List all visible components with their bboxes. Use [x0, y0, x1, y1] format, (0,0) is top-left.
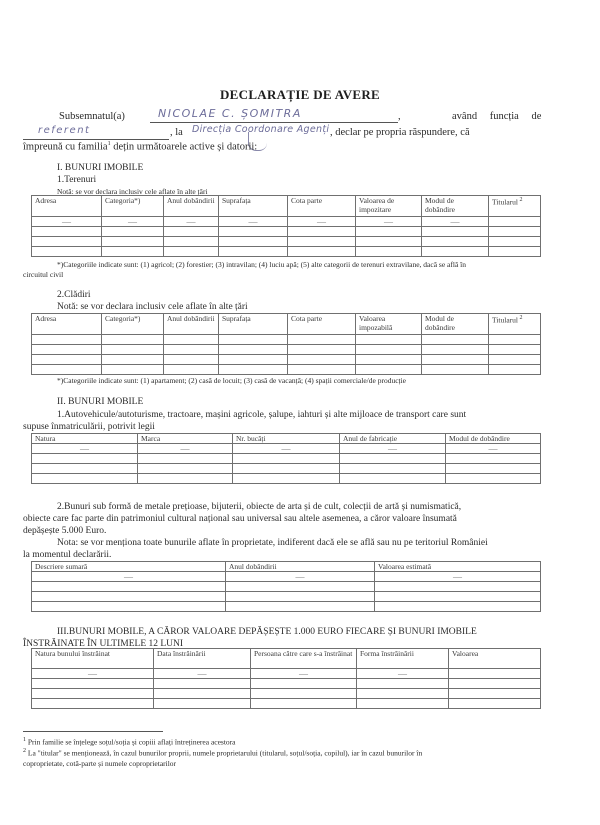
table-cell[interactable] — [422, 365, 489, 375]
table-cell[interactable] — [449, 699, 541, 709]
table-cell[interactable]: — — [154, 669, 251, 679]
table-cell[interactable] — [32, 592, 226, 602]
column-header: Natura — [32, 434, 138, 444]
declaration-page: DECLARAȚIE DE AVERE Subsemnatul(a) NICOL… — [0, 0, 600, 825]
table-cell[interactable]: — — [138, 444, 233, 454]
table-cell[interactable] — [102, 355, 164, 365]
table-cell[interactable]: — — [32, 572, 226, 582]
terenuri-footnote-cont: circuitul civil — [23, 270, 63, 279]
function-field[interactable]: referent — [23, 126, 169, 140]
column-header: Anul dobândirii — [164, 196, 219, 217]
table-cell[interactable] — [32, 227, 102, 237]
column-header: Cota parte — [288, 314, 356, 335]
table-cell[interactable] — [32, 335, 102, 345]
column-header: Modul de dobândire — [446, 434, 541, 444]
table-cell[interactable]: — — [226, 572, 375, 582]
table-cell[interactable] — [422, 237, 489, 247]
column-header: Forma înstrăinării — [357, 649, 449, 669]
table-cell[interactable] — [154, 699, 251, 709]
table-cell[interactable]: — — [422, 217, 489, 227]
section3-heading-line1: III.BUNURI MOBILE, A CĂROR VALOARE DEPĂȘ… — [57, 627, 587, 637]
table-cell[interactable] — [288, 247, 356, 257]
table-cell[interactable]: — — [288, 217, 356, 227]
column-header: Adresa — [32, 314, 102, 335]
table-cell[interactable] — [356, 345, 422, 355]
table-cell[interactable] — [375, 592, 541, 602]
table-cell[interactable] — [102, 365, 164, 375]
table-cell[interactable] — [138, 474, 233, 484]
table-row — [32, 227, 541, 237]
table-row — [32, 454, 541, 464]
column-header: Categoria*) — [102, 196, 164, 217]
metale-table: Descriere sumarăAnul dobândiriiValoarea … — [31, 561, 541, 612]
table-header-row: AdresaCategoria*)Anul dobândiriiSuprafaț… — [32, 314, 541, 335]
table-cell[interactable] — [356, 247, 422, 257]
table-cell[interactable] — [226, 582, 375, 592]
column-header: Cota parte — [288, 196, 356, 217]
table-cell[interactable] — [233, 474, 340, 484]
table-cell[interactable] — [32, 474, 138, 484]
terenuri-table: AdresaCategoria*)Anul dobândiriiSuprafaț… — [31, 195, 541, 257]
column-header: Modul de dobândire — [422, 196, 489, 217]
column-header: Descriere sumară — [32, 562, 226, 572]
table-cell[interactable] — [449, 689, 541, 699]
table-cell[interactable] — [32, 237, 102, 247]
table-cell[interactable] — [102, 227, 164, 237]
metale-text-line3: depășește 5.000 Euro. — [23, 526, 106, 536]
table-row — [32, 247, 541, 257]
cladiri-note: Notă: se vor declara inclusiv cele aflat… — [57, 302, 248, 312]
table-cell[interactable] — [233, 464, 340, 474]
table-cell[interactable] — [138, 454, 233, 464]
column-header: Data înstrăinării — [154, 649, 251, 669]
table-cell[interactable]: — — [102, 217, 164, 227]
column-header: Anul de fabricație — [340, 434, 446, 444]
table-cell[interactable] — [219, 365, 288, 375]
table-cell[interactable] — [446, 474, 541, 484]
column-header: Suprafața — [219, 196, 288, 217]
table-row — [32, 679, 541, 689]
table-cell[interactable] — [164, 247, 219, 257]
table-cell[interactable] — [422, 355, 489, 365]
table-cell[interactable] — [356, 335, 422, 345]
table-header-row: NaturaMarcaNr. bucățiAnul de fabricațieM… — [32, 434, 541, 444]
table-cell[interactable] — [219, 355, 288, 365]
table-cell[interactable] — [32, 679, 154, 689]
metale-note-line2: la momentul declarării. — [23, 550, 111, 560]
table-cell[interactable]: — — [446, 444, 541, 454]
table-header-row: Descriere sumarăAnul dobândiriiValoarea … — [32, 562, 541, 572]
table-cell[interactable] — [154, 689, 251, 699]
table-cell[interactable] — [340, 454, 446, 464]
column-header: Valoarea estimată — [375, 562, 541, 572]
table-cell[interactable] — [489, 345, 541, 355]
table-cell[interactable] — [446, 454, 541, 464]
table-cell[interactable] — [288, 365, 356, 375]
vehicule-text-line2: supuse înmatriculării, potrivit legii — [23, 422, 155, 432]
table-cell[interactable] — [357, 689, 449, 699]
column-header: Marca — [138, 434, 233, 444]
table-cell[interactable] — [219, 345, 288, 355]
page-title: DECLARAȚIE DE AVERE — [0, 87, 600, 103]
column-header: Modul de dobândire — [422, 314, 489, 335]
table-header-row: Natura bunului înstrăinatData înstrăinăr… — [32, 649, 541, 669]
table-row — [32, 592, 541, 602]
name-field[interactable]: NICOLAE C. ȘOMITRA — [150, 109, 398, 123]
table-cell[interactable] — [422, 227, 489, 237]
table-cell[interactable] — [32, 582, 226, 592]
column-header: Adresa — [32, 196, 102, 217]
table-cell[interactable]: — — [164, 217, 219, 227]
section2-heading: II. BUNURI MOBILE — [57, 397, 143, 407]
table-cell[interactable] — [340, 464, 446, 474]
column-header: Valoarea de impozitare — [356, 196, 422, 217]
table-cell[interactable] — [164, 345, 219, 355]
table-cell[interactable] — [449, 669, 541, 679]
table-cell[interactable]: — — [375, 572, 541, 582]
table-cell[interactable] — [233, 454, 340, 464]
la-label: , la — [170, 127, 183, 138]
table-cell[interactable] — [422, 345, 489, 355]
table-cell[interactable] — [356, 355, 422, 365]
terenuri-heading: 1.Terenuri — [57, 175, 96, 185]
table-row: ———— — [32, 669, 541, 679]
function-label: având funcția de — [452, 111, 570, 122]
table-row — [32, 474, 541, 484]
metale-text-line1: 2.Bunuri sub formă de metale prețioase, … — [57, 502, 577, 512]
table-cell[interactable] — [357, 699, 449, 709]
table-row: ——————— — [32, 217, 541, 227]
table-cell[interactable] — [356, 227, 422, 237]
column-header: Valoarea — [449, 649, 541, 669]
table-cell[interactable]: — — [251, 669, 357, 679]
column-header: Nr. bucăți — [233, 434, 340, 444]
table-cell[interactable] — [375, 602, 541, 612]
footnote-2-cont: coproprietate, cotă-parte și numele copr… — [23, 759, 176, 768]
table-cell[interactable] — [489, 355, 541, 365]
table-cell[interactable] — [219, 247, 288, 257]
table-row — [32, 345, 541, 355]
declar-text: , declar pe propria răspundere, că — [330, 127, 470, 138]
table-cell[interactable]: — — [357, 669, 449, 679]
name-value: NICOLAE C. ȘOMITRA — [158, 107, 302, 120]
table-cell[interactable] — [288, 345, 356, 355]
table-cell[interactable] — [489, 237, 541, 247]
cladiri-heading: 2.Clădiri — [57, 290, 91, 300]
table-cell[interactable] — [251, 679, 357, 689]
table-cell[interactable] — [164, 365, 219, 375]
table-cell[interactable] — [32, 699, 154, 709]
table-cell[interactable] — [489, 247, 541, 257]
section1-heading: I. BUNURI IMOBILE — [57, 163, 143, 173]
table-cell[interactable] — [219, 237, 288, 247]
column-header: Anul dobândirii — [164, 314, 219, 335]
table-cell[interactable] — [154, 679, 251, 689]
table-row — [32, 582, 541, 592]
table-cell[interactable] — [226, 592, 375, 602]
table-cell[interactable] — [226, 602, 375, 612]
terenuri-footnote: *)Categoriile indicate sunt: (1) agricol… — [57, 260, 577, 269]
table-cell[interactable] — [340, 474, 446, 484]
column-header: Valoarea impozabilă — [356, 314, 422, 335]
table-cell[interactable] — [32, 602, 226, 612]
table-cell[interactable] — [102, 237, 164, 247]
table-row — [32, 464, 541, 474]
column-header: Suprafața — [219, 314, 288, 335]
table-cell[interactable] — [356, 237, 422, 247]
table-cell[interactable] — [449, 679, 541, 689]
table-cell[interactable] — [164, 237, 219, 247]
table-cell[interactable] — [251, 699, 357, 709]
column-header: Anul dobândirii — [226, 562, 375, 572]
table-cell[interactable] — [32, 454, 138, 464]
subsemnatul-label: Subsemnatul(a) — [59, 111, 125, 122]
footnote-divider — [23, 731, 163, 732]
table-row — [32, 365, 541, 375]
table-row — [32, 689, 541, 699]
table-cell[interactable] — [489, 217, 541, 227]
footnote-2: 2 La "titular" se menționează, în cazul … — [23, 748, 563, 758]
function-value: referent — [38, 125, 90, 136]
table-cell[interactable] — [251, 689, 357, 699]
table-cell[interactable] — [102, 345, 164, 355]
table-row — [32, 355, 541, 365]
table-cell[interactable] — [32, 689, 154, 699]
instrainate-table: Natura bunului înstrăinatData înstrăinăr… — [31, 648, 541, 709]
table-cell[interactable] — [219, 335, 288, 345]
table-cell[interactable] — [288, 227, 356, 237]
table-cell[interactable] — [357, 679, 449, 689]
table-cell[interactable]: — — [32, 669, 154, 679]
table-cell[interactable] — [219, 227, 288, 237]
table-cell[interactable]: — — [340, 444, 446, 454]
table-cell[interactable] — [164, 335, 219, 345]
table-cell[interactable] — [446, 464, 541, 474]
column-header: Natura bunului înstrăinat — [32, 649, 154, 669]
footnote-1: 1 Prin familie se înțelege soțul/soția ș… — [23, 737, 236, 747]
metale-note-line1: Nota: se vor menționa toate bunurile afl… — [57, 538, 582, 548]
table-row: ————— — [32, 444, 541, 454]
table-cell[interactable] — [288, 237, 356, 247]
cladiri-table: AdresaCategoria*)Anul dobândiriiSuprafaț… — [31, 313, 541, 375]
table-cell[interactable] — [422, 247, 489, 257]
table-cell[interactable] — [356, 365, 422, 375]
table-cell[interactable] — [489, 227, 541, 237]
column-header: Titularul 2 — [489, 196, 541, 217]
table-cell[interactable]: — — [233, 444, 340, 454]
table-row — [32, 602, 541, 612]
column-header: Persoana către care s-a înstrăinat — [251, 649, 357, 669]
table-header-row: AdresaCategoria*)Anul dobândiriiSuprafaț… — [32, 196, 541, 217]
table-cell[interactable] — [489, 365, 541, 375]
vehicule-text-line1: 1.Autovehicule/autoturisme, tractoare, m… — [57, 410, 577, 420]
table-row — [32, 335, 541, 345]
table-cell[interactable]: — — [219, 217, 288, 227]
table-cell[interactable] — [138, 464, 233, 474]
table-cell[interactable] — [164, 227, 219, 237]
table-row — [32, 699, 541, 709]
table-cell[interactable]: — — [356, 217, 422, 227]
table-cell[interactable] — [32, 345, 102, 355]
table-cell[interactable]: — — [32, 217, 102, 227]
intro-line3: împreună cu familia1 dețin următoarele a… — [23, 141, 257, 153]
table-cell[interactable] — [32, 247, 102, 257]
table-cell[interactable] — [102, 247, 164, 257]
table-cell[interactable] — [164, 355, 219, 365]
table-cell[interactable] — [489, 335, 541, 345]
table-cell[interactable] — [32, 464, 138, 474]
table-row — [32, 237, 541, 247]
table-cell[interactable] — [422, 335, 489, 345]
table-cell[interactable] — [32, 355, 102, 365]
table-row: ——— — [32, 572, 541, 582]
table-cell[interactable] — [288, 335, 356, 345]
table-cell[interactable] — [375, 582, 541, 592]
table-cell[interactable] — [32, 365, 102, 375]
column-header: Categoria*) — [102, 314, 164, 335]
table-cell[interactable] — [288, 355, 356, 365]
table-cell[interactable] — [102, 335, 164, 345]
table-cell[interactable]: — — [32, 444, 138, 454]
vehicule-table: NaturaMarcaNr. bucățiAnul de fabricațieM… — [31, 433, 541, 484]
column-header: Titularul 2 — [489, 314, 541, 335]
metale-text-line2: obiecte care fac parte din patrimoniul c… — [23, 514, 578, 524]
cladiri-footnote: *)Categoriile indicate sunt: (1) apartam… — [57, 376, 406, 385]
